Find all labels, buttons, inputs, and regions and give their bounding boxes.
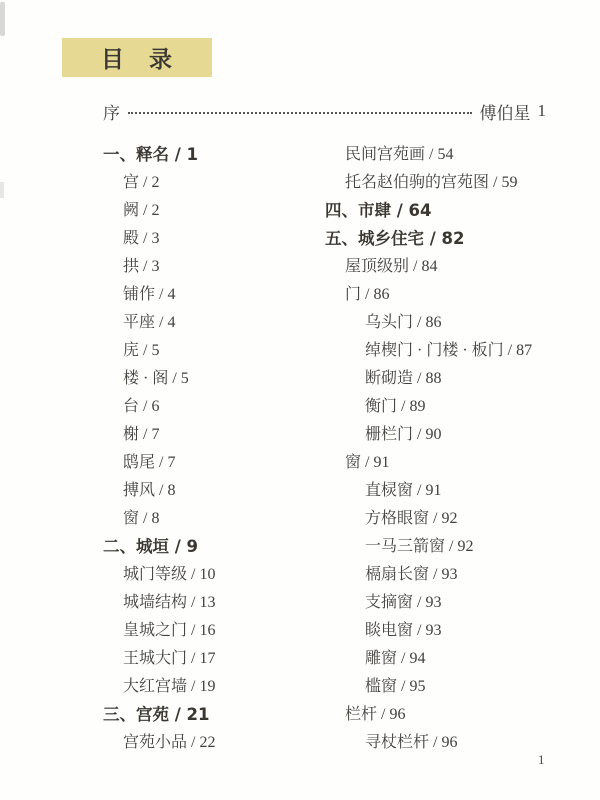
toc-entry-page: 95: [409, 678, 425, 695]
toc-entry-page: 92: [441, 510, 457, 527]
toc-entry-page: 59: [501, 174, 517, 191]
toc-entry: 直棂窗 / 91: [325, 477, 595, 505]
toc-entry-page: 3: [151, 258, 159, 275]
toc-entry-title: 宫苑小品: [123, 734, 187, 751]
toc-entry-separator: /: [139, 426, 151, 443]
toc-entry: 槛窗 / 95: [325, 673, 595, 701]
toc-entry: 托名赵伯驹的宫苑图 / 59: [325, 169, 595, 197]
toc-entry-separator: /: [504, 342, 516, 359]
toc-entry-title: 阙: [123, 202, 139, 219]
toc-entry-page: 17: [199, 650, 215, 667]
toc-entry-title: 槅扇长窗: [365, 566, 429, 583]
toc-entry-separator: /: [187, 650, 199, 667]
preface-author: 傅伯星: [480, 99, 531, 124]
toc-entry: 绰楔门 · 门楼 · 板门 / 87: [325, 337, 595, 365]
toc-entry-title: 方格眼窗: [365, 510, 429, 527]
toc-entry-separator: /: [424, 229, 442, 248]
toc-entry-title: 窗: [345, 454, 361, 471]
toc-entry-separator: /: [361, 286, 373, 303]
toc-entry: 栏杆 / 96: [325, 701, 595, 729]
toc-entry-separator: /: [139, 510, 151, 527]
toc-entry-page: 96: [441, 734, 457, 751]
toc-entry: 断砌造 / 88: [325, 365, 595, 393]
toc-entry-title: 城门等级: [123, 566, 187, 583]
toc-entry-page: 91: [373, 454, 389, 471]
toc-entry-separator: /: [139, 342, 151, 359]
toc-entry-separator: /: [139, 202, 151, 219]
toc-entry-page: 8: [167, 482, 175, 499]
toc-entry-separator: /: [445, 538, 457, 555]
toc-entry-separator: /: [429, 566, 441, 583]
toc-entry-title: 三、宫苑: [103, 705, 169, 724]
toc-entry-title: 民间宫苑画: [345, 146, 425, 163]
toc-entry: 栅栏门 / 90: [325, 421, 595, 449]
toc-entry: 民间宫苑画 / 54: [325, 141, 595, 169]
toc-section-header: 五、城乡住宅 / 82: [325, 225, 595, 253]
toc-entry-page: 4: [167, 286, 175, 303]
toc-entry-page: 94: [409, 650, 425, 667]
toc-entry-title: 拱: [123, 258, 139, 275]
toc-entry-separator: /: [187, 622, 199, 639]
toc-entry-separator: /: [409, 258, 421, 275]
toc-entry-title: 楼 · 阁: [123, 370, 168, 387]
toc-entry-separator: /: [429, 510, 441, 527]
toc-entry-separator: /: [169, 705, 187, 724]
toc-entry: 窗 / 91: [325, 449, 595, 477]
toc-entry-page: 87: [516, 342, 532, 359]
toc-entry-page: 8: [151, 510, 159, 527]
page-title: 目 录: [101, 41, 173, 74]
toc-entry-title: 榭: [123, 426, 139, 443]
toc-entry-title: 睒电窗: [365, 622, 413, 639]
toc-section-header: 四、市肆 / 64: [325, 197, 595, 225]
toc-entry-title: 二、城垣: [103, 537, 169, 556]
toc-entry-page: 64: [409, 201, 432, 220]
toc-entry-title: 殿: [123, 230, 139, 247]
toc-entry: 屋顶级别 / 84: [325, 253, 595, 281]
toc-right-column: 民间宫苑画 / 54托名赵伯驹的宫苑图 / 59四、市肆 / 64五、城乡住宅 …: [325, 141, 595, 757]
toc-entry-title: 雕窗: [365, 650, 397, 667]
toc-entry-page: 82: [442, 229, 465, 248]
toc-entry-title: 一马三箭窗: [365, 538, 445, 555]
toc-entry-page: 89: [409, 398, 425, 415]
toc-entry-separator: /: [155, 286, 167, 303]
toc-entry-title: 直棂窗: [365, 482, 413, 499]
toc-entry-page: 91: [425, 482, 441, 499]
toc-entry-separator: /: [413, 482, 425, 499]
toc-entry-page: 54: [437, 146, 453, 163]
toc-entry-separator: /: [169, 537, 187, 556]
toc-entry: 寻杖栏杆 / 96: [325, 729, 595, 757]
toc-entry: 槅扇长窗 / 93: [325, 561, 595, 589]
preface-page-number: 1: [538, 101, 547, 121]
toc-entry-separator: /: [187, 734, 199, 751]
toc-entry-page: 2: [151, 174, 159, 191]
toc-entry-separator: /: [429, 734, 441, 751]
toc-entry: 雕窗 / 94: [325, 645, 595, 673]
toc-entry-title: 栏杆: [345, 706, 377, 723]
toc-entry-title: 栅栏门: [365, 426, 413, 443]
toc-entry-separator: /: [139, 258, 151, 275]
toc-entry-title: 庑: [123, 342, 139, 359]
toc-entry-separator: /: [397, 678, 409, 695]
toc-entry-page: 5: [151, 342, 159, 359]
toc-page: 目 录 序 傅伯星 1 一、释名 / 1宫 / 2阙 / 2殿 / 3拱 / 3…: [0, 0, 600, 800]
title-box: 目 录: [62, 38, 212, 77]
toc-entry-separator: /: [187, 566, 199, 583]
toc-entry-separator: /: [413, 426, 425, 443]
toc-entry-separator: /: [155, 482, 167, 499]
toc-entry-title: 大红宫墙: [123, 678, 187, 695]
toc-entry-page: 16: [199, 622, 215, 639]
toc-entry-separator: /: [187, 594, 199, 611]
toc-entry-title: 宫: [123, 174, 139, 191]
toc-entry-page: 86: [425, 314, 441, 331]
toc-entry-page: 93: [441, 566, 457, 583]
toc-entry-separator: /: [139, 230, 151, 247]
toc-entry-separator: /: [377, 706, 389, 723]
toc-entry-page: 90: [425, 426, 441, 443]
toc-entry-page: 21: [187, 705, 210, 724]
toc-entry-title: 王城大门: [123, 650, 187, 667]
toc-entry-separator: /: [139, 398, 151, 415]
toc-entry-separator: /: [391, 201, 409, 220]
toc-entry-page: 7: [151, 426, 159, 443]
toc-entry-title: 屋顶级别: [345, 258, 409, 275]
preface-label: 序: [103, 99, 120, 124]
toc-entry-title: 门: [345, 286, 361, 303]
toc-entry-title: 断砌造: [365, 370, 413, 387]
toc-entry-title: 台: [123, 398, 139, 415]
toc-entry-title: 乌头门: [365, 314, 413, 331]
toc-entry-separator: /: [361, 454, 373, 471]
toc-entry-title: 托名赵伯驹的宫苑图: [345, 174, 489, 191]
toc-entry-page: 19: [199, 678, 215, 695]
toc-entry-title: 支摘窗: [365, 594, 413, 611]
scan-artifact: [0, 2, 5, 36]
toc-entry-page: 22: [199, 734, 215, 751]
toc-entry-page: 5: [181, 370, 189, 387]
toc-entry-title: 平座: [123, 314, 155, 331]
toc-entry-page: 86: [373, 286, 389, 303]
toc-entry-separator: /: [413, 370, 425, 387]
toc-entry-separator: /: [168, 370, 180, 387]
toc-entry: 乌头门 / 86: [325, 309, 595, 337]
toc-entry-title: 窗: [123, 510, 139, 527]
toc-entry-separator: /: [425, 146, 437, 163]
toc-entry-title: 鸱尾: [123, 454, 155, 471]
toc-entry-page: 9: [187, 537, 198, 556]
toc-entry-title: 四、市肆: [325, 201, 391, 220]
toc-entry-separator: /: [169, 145, 187, 164]
preface-row: 序 傅伯星 1: [103, 99, 546, 123]
toc-entry-title: 寻杖栏杆: [365, 734, 429, 751]
toc-entry-separator: /: [413, 314, 425, 331]
toc-entry-page: 84: [421, 258, 437, 275]
toc-entry-page: 6: [151, 398, 159, 415]
toc-entry: 方格眼窗 / 92: [325, 505, 595, 533]
folio-page-number: 1: [538, 752, 545, 768]
toc-entry-page: 88: [425, 370, 441, 387]
toc-entry-separator: /: [413, 594, 425, 611]
toc-entry-title: 衡门: [365, 398, 397, 415]
scan-artifact: [0, 182, 4, 198]
toc-entry-page: 96: [389, 706, 405, 723]
toc-entry-page: 3: [151, 230, 159, 247]
toc-entry-page: 13: [199, 594, 215, 611]
toc-entry-separator: /: [489, 174, 501, 191]
toc-entry-title: 一、释名: [103, 145, 169, 164]
toc-entry-separator: /: [155, 314, 167, 331]
toc-entry-page: 2: [151, 202, 159, 219]
toc-entry-page: 92: [457, 538, 473, 555]
toc-entry-separator: /: [155, 454, 167, 471]
toc-entry-separator: /: [187, 678, 199, 695]
toc-entry: 一马三箭窗 / 92: [325, 533, 595, 561]
toc-entry-separator: /: [397, 650, 409, 667]
toc-entry-separator: /: [413, 622, 425, 639]
toc-entry: 衡门 / 89: [325, 393, 595, 421]
toc-entry-separator: /: [139, 174, 151, 191]
toc-entry-page: 93: [425, 594, 441, 611]
toc-entry-page: 93: [425, 622, 441, 639]
toc-entry-page: 1: [187, 145, 198, 164]
dot-leader: [128, 112, 472, 114]
toc-entry-title: 五、城乡住宅: [325, 229, 424, 248]
toc-entry-page: 10: [199, 566, 215, 583]
toc-entry: 门 / 86: [325, 281, 595, 309]
toc-entry-title: 绰楔门 · 门楼 · 板门: [365, 342, 504, 359]
toc-entry: 睒电窗 / 93: [325, 617, 595, 645]
toc-entry-page: 4: [167, 314, 175, 331]
toc-entry: 支摘窗 / 93: [325, 589, 595, 617]
toc-entry-title: 搏风: [123, 482, 155, 499]
toc-entry-title: 皇城之门: [123, 622, 187, 639]
toc-entry-title: 槛窗: [365, 678, 397, 695]
toc-entry-separator: /: [397, 398, 409, 415]
toc-entry-page: 7: [167, 454, 175, 471]
toc-entry-title: 铺作: [123, 286, 155, 303]
toc-entry-title: 城墙结构: [123, 594, 187, 611]
